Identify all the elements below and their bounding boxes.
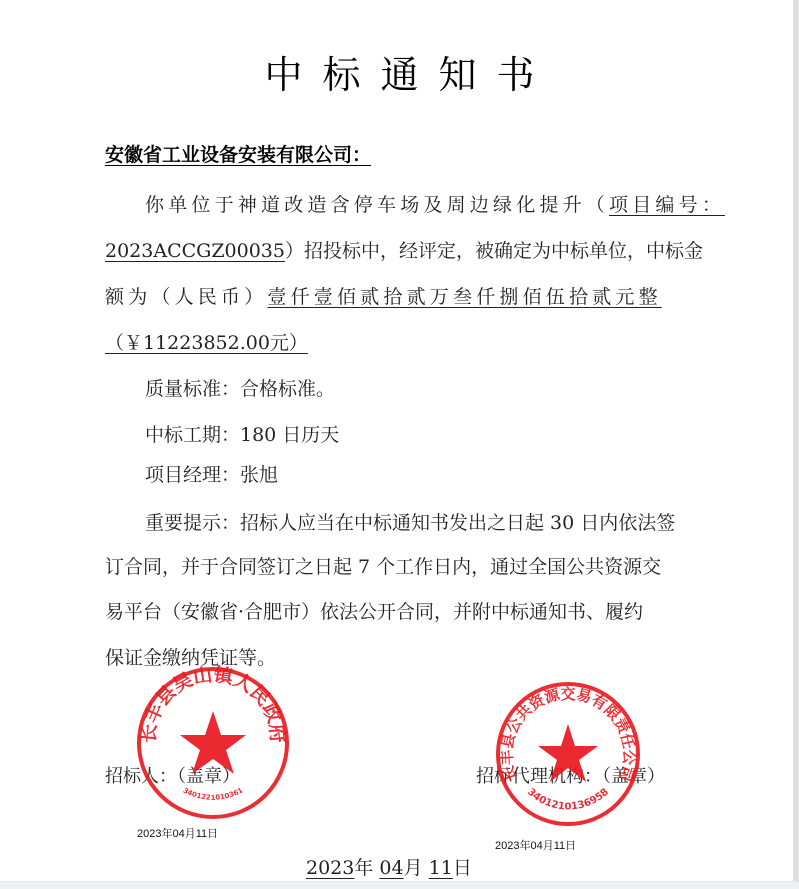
document-page: 中标通知书 安徽省工业设备安装有限公司： 你单位于神道改造含停车场及周边绿化提升… — [0, 0, 781, 882]
tenderer-seal-stamp: 长丰县吴山镇人民政府 3401221010361 — [135, 665, 291, 821]
text: 额为（人民币） — [105, 286, 267, 308]
paragraph-1-line-1: 你单位于神道改造含停车场及周边绿化提升（项目编号： — [145, 190, 725, 217]
construction-period: 中标工期：180 日历天 — [145, 420, 339, 447]
issue-date: 2023年 04月 11日 — [306, 853, 472, 880]
star-icon — [180, 711, 246, 774]
issue-year: 2023 — [306, 857, 354, 879]
text: 月 — [404, 857, 423, 879]
page-bottom-edge — [0, 881, 799, 889]
paragraph-1-line-2: 2023ACCGZ00035）招投标中，经评定，被确定为中标单位，中标金 — [105, 236, 703, 263]
addressee: 安徽省工业设备安装有限公司： — [105, 140, 371, 167]
issue-month: 04 — [379, 857, 403, 879]
notice-line-1: 重要提示：招标人应当在中标通知书发出之日起 30 日内依法签 — [145, 508, 675, 535]
project-number: 2023ACCGZ00035 — [105, 240, 285, 262]
quality-standard: 质量标准：合格标准。 — [145, 374, 335, 401]
document-title: 中标通知书 — [0, 44, 799, 99]
agency-stamp-date: 2023年04月11日 — [495, 837, 576, 853]
svg-text:3401210136958: 3401210136958 — [525, 787, 611, 813]
amount-in-figures: （￥11223852.00元） — [105, 332, 308, 354]
notice-line-3: 易平台（安徽省·合肥市）依法公开合同，并附中标通知书、履约 — [105, 597, 643, 624]
star-icon — [538, 724, 598, 782]
text: 年 — [354, 857, 373, 879]
issue-day: 11 — [429, 857, 453, 879]
text: ）招投标中，经评定，被确定为中标单位，中标金 — [285, 240, 703, 262]
paragraph-1-line-3: 额为（人民币）壹仟壹佰贰拾贰万叁仟捌佰伍拾贰元整 — [105, 282, 662, 309]
vertical-scrollbar[interactable] — [793, 0, 799, 882]
paragraph-1-line-4: （￥11223852.00元） — [105, 328, 308, 355]
amount-in-words: 壹仟壹佰贰拾贰万叁仟捌佰伍拾贰元整 — [267, 286, 661, 308]
text: 你单位于神道改造含停车场及周边绿化提升（ — [145, 194, 609, 216]
project-number-label: 项目编号： — [609, 194, 725, 216]
tenderer-stamp-date: 2023年04月11日 — [137, 825, 218, 841]
text: 日 — [453, 857, 472, 879]
notice-line-2: 订合同，并于合同签订之日起 7 个工作日内，通过全国公共资源交 — [105, 552, 661, 579]
svg-text:3401221010361: 3401221010361 — [182, 786, 245, 801]
agency-seal-stamp: 长丰县公共资源交易有限责任公司 3401210136958 — [494, 680, 642, 828]
project-manager: 项目经理：张旭 — [145, 460, 278, 487]
